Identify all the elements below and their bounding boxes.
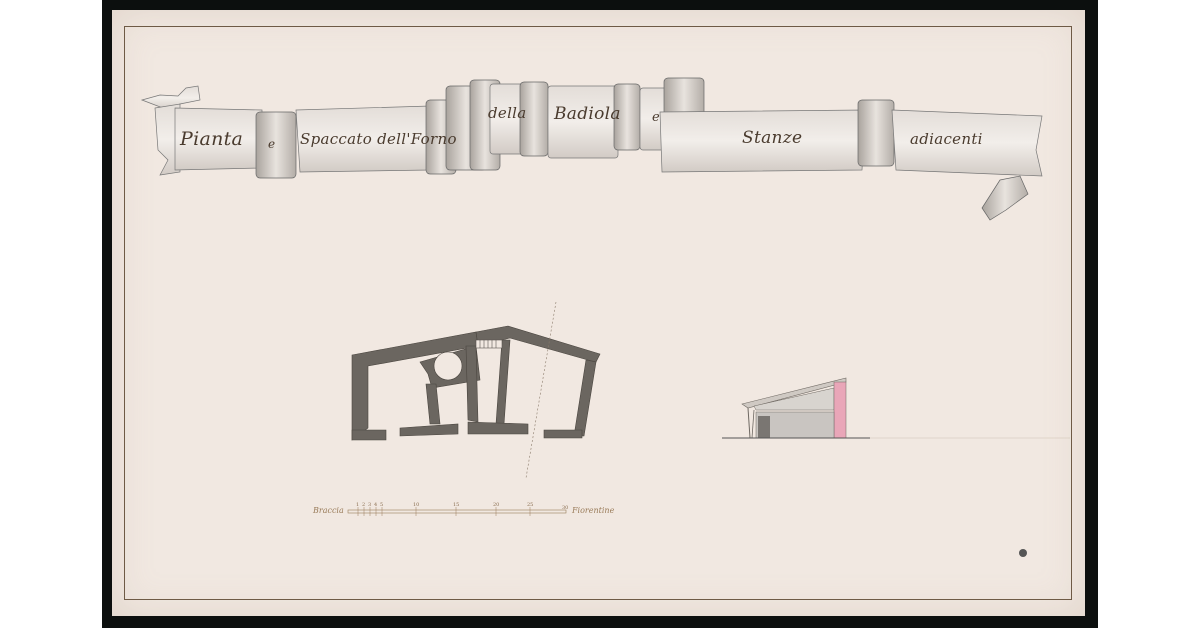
scale-tick: 5 bbox=[380, 502, 383, 508]
ink-dot bbox=[1019, 549, 1027, 557]
scale-bar bbox=[0, 0, 1200, 628]
scale-tick: 10 bbox=[413, 502, 419, 508]
scale-tick: 1 bbox=[356, 502, 359, 508]
scale-label-fiorentine: Fiorentine bbox=[572, 506, 614, 515]
scale-tick: 30 bbox=[562, 505, 568, 511]
scale-tick: 4 bbox=[374, 502, 377, 508]
scale-tick: 25 bbox=[527, 502, 533, 508]
scale-label-braccia: Braccia bbox=[313, 506, 344, 515]
scale-tick: 15 bbox=[453, 502, 459, 508]
scale-tick: 3 bbox=[368, 502, 371, 508]
scale-tick: 2 bbox=[362, 502, 365, 508]
scale-tick: 20 bbox=[493, 502, 499, 508]
